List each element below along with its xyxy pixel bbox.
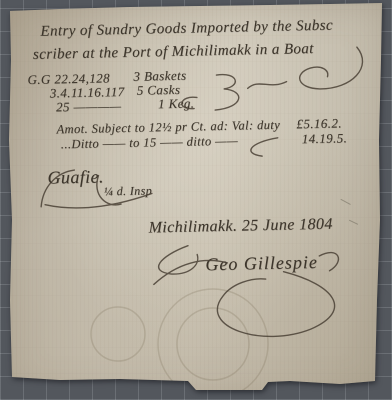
flourish-signature-tail [319, 252, 339, 271]
duty-line-amount: 14.19.5. [302, 130, 348, 147]
pencil-mark [349, 220, 357, 224]
handwritten-ink-layer: Entry of Sundry Goods Imported by the Su… [0, 0, 392, 400]
flourish-ditto-sweep [251, 138, 278, 157]
dateline: Michilimakk. 25 June 1804 [148, 216, 333, 238]
photographed-customs-entry-document: Entry of Sundry Goods Imported by the Su… [0, 0, 392, 400]
flourish-item-tilde [248, 82, 287, 89]
pencil-mark [341, 199, 350, 204]
flourish-item-brace [214, 74, 239, 110]
flourish-date-curl [158, 246, 198, 275]
entry-title-line2: scriber at the Port of Michilimakk in a … [33, 41, 314, 64]
inspector-note-name: Guafie. [47, 166, 104, 188]
duty-line-text: ...Ditto —— to 15 —— ditto —— [61, 134, 239, 153]
consignment-row-marks: 25 ———— [56, 98, 122, 115]
consignment-row-quantity: 1 Keg. [158, 96, 195, 113]
signature: Geo Gillespie [205, 252, 318, 275]
entry-title-line1: Entry of Sundry Goods Imported by the Su… [40, 18, 333, 41]
document-paper: Entry of Sundry Goods Imported by the Su… [0, 0, 392, 400]
pencil-marks [341, 199, 358, 224]
paper-wrap: Entry of Sundry Goods Imported by the Su… [0, 0, 392, 400]
flourish-signature-oval [217, 271, 336, 338]
inspector-note-fee: ¼ d. Insp [104, 183, 153, 199]
